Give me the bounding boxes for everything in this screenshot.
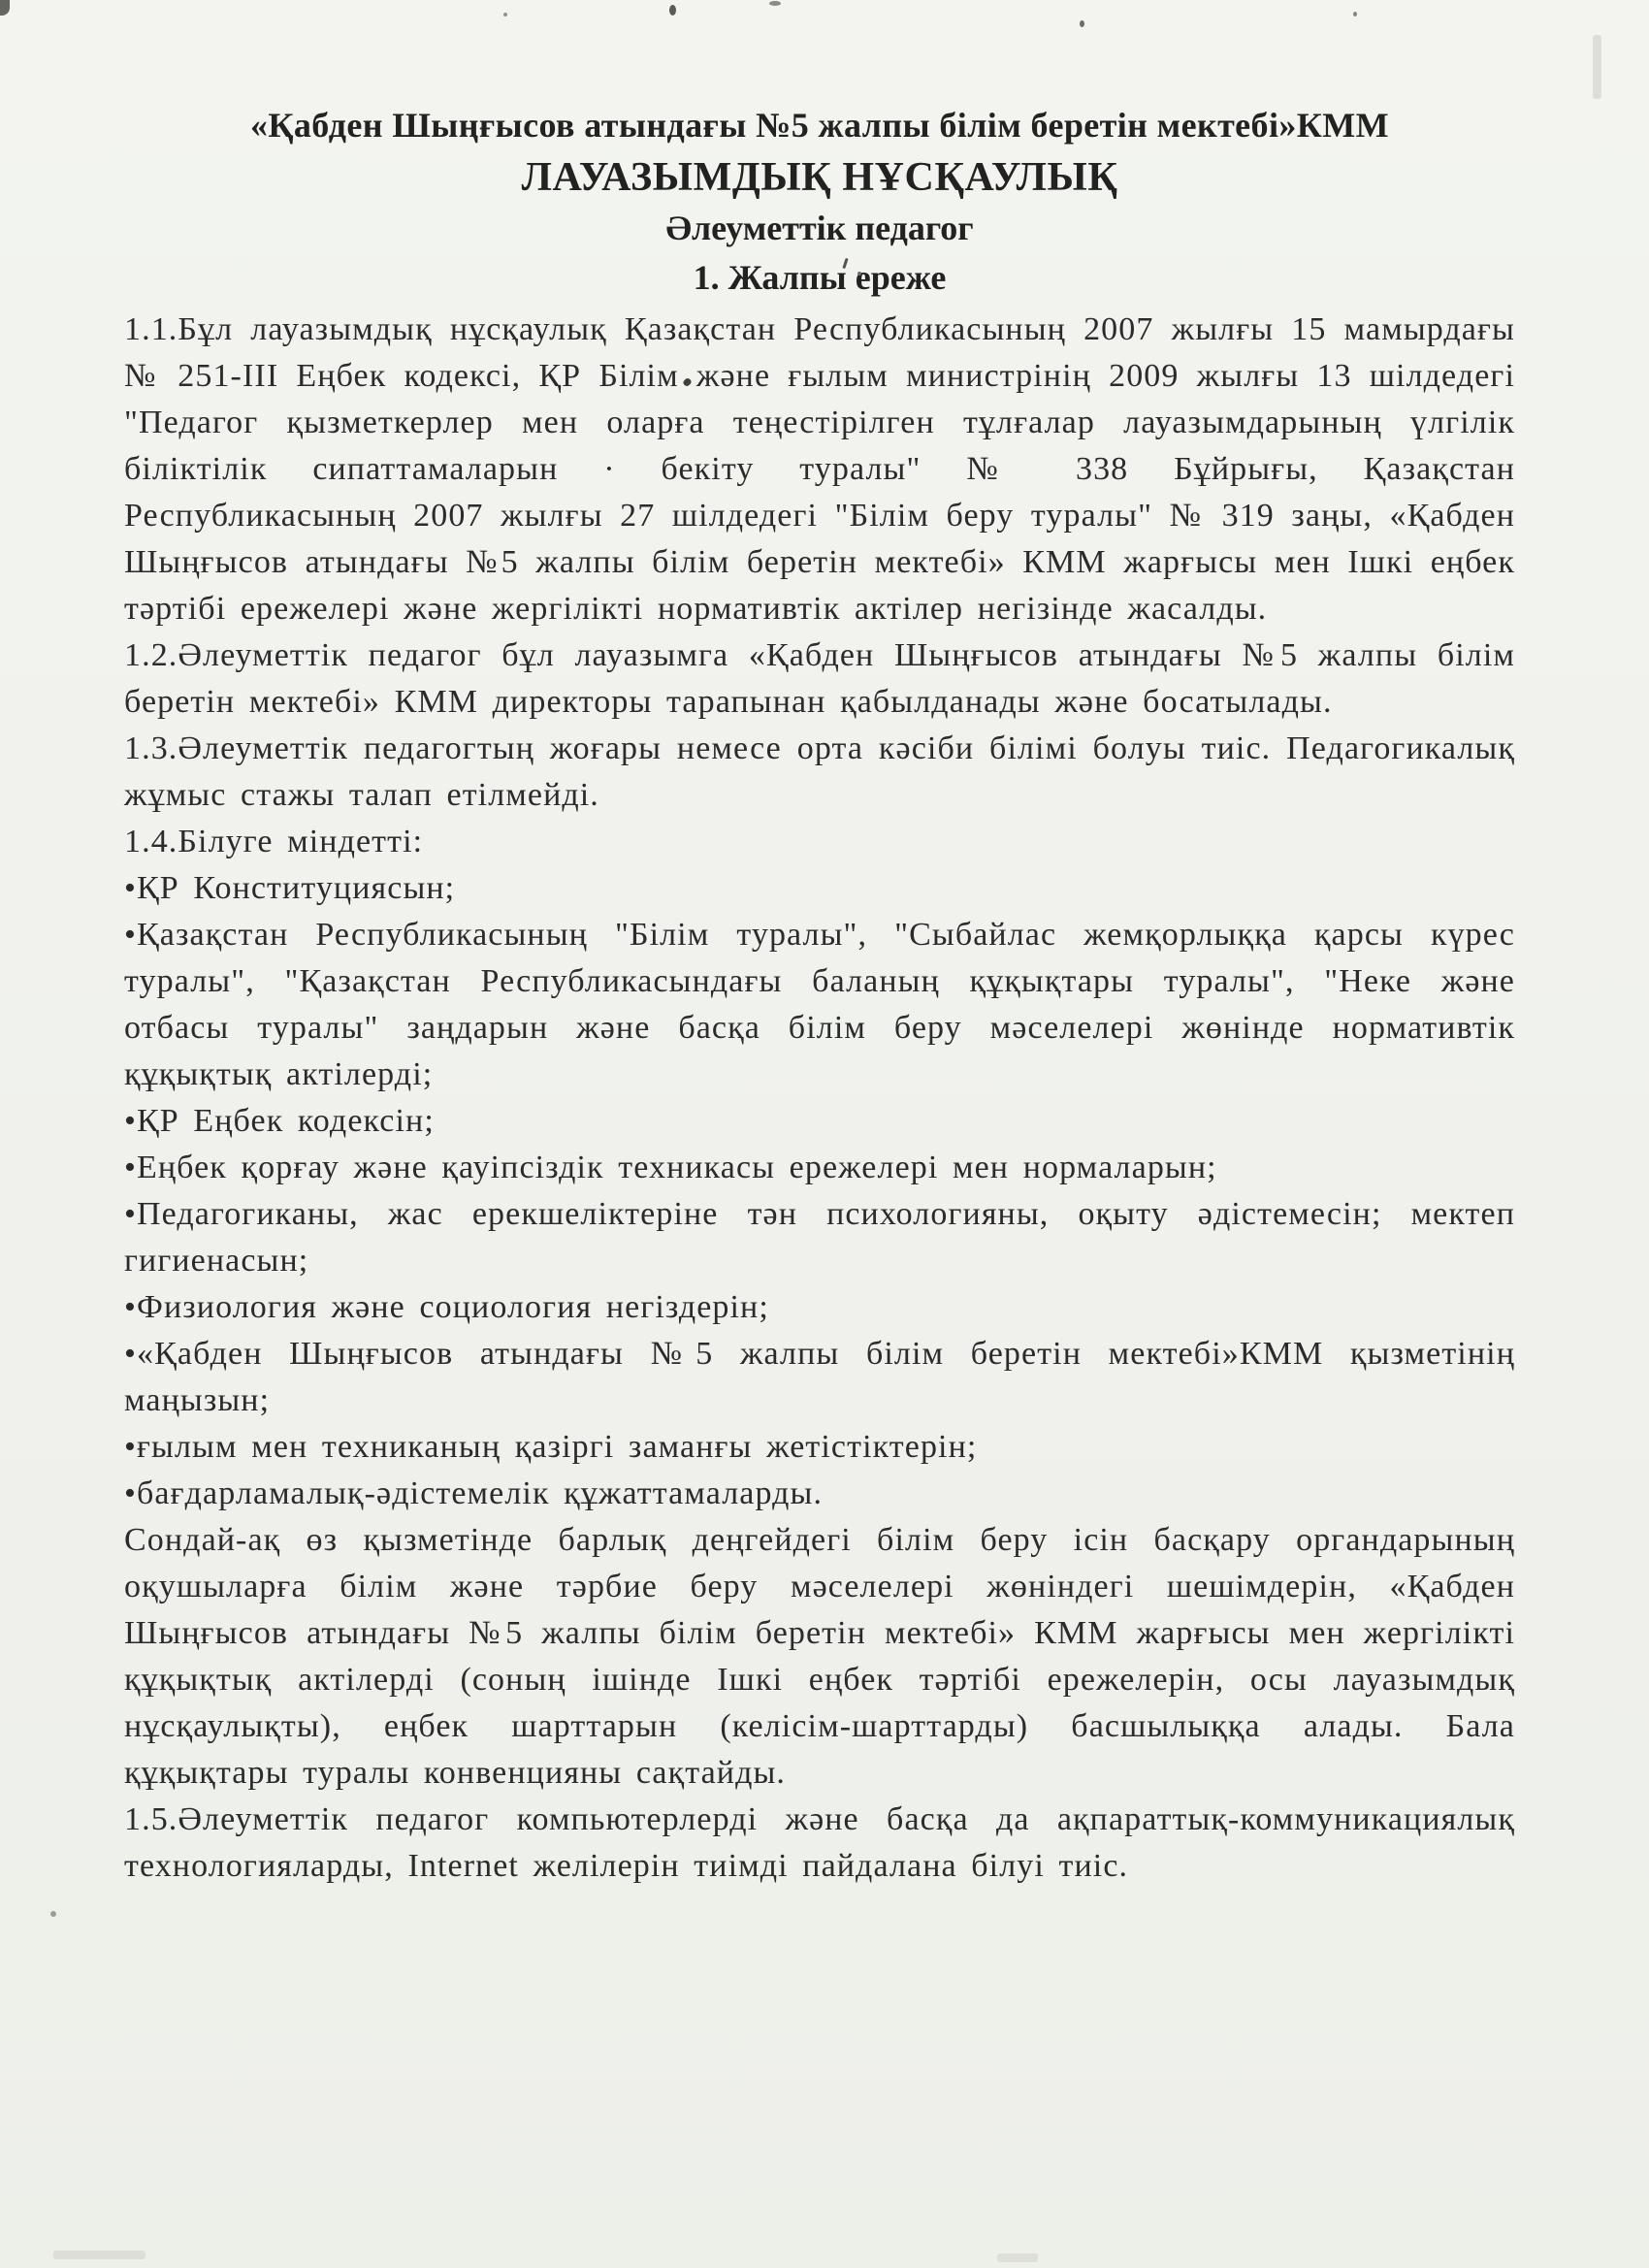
document-content: «Қабден Шыңғысов атындағы №5 жалпы білім… [124,99,1515,1890]
document-type-heading: ЛАУАЗЫМДЫҚ НҰСҚАУЛЫҚ [124,151,1515,204]
scan-artifact [1353,12,1357,16]
bullet-item: •Қазақстан Республикасының "Білім туралы… [124,912,1515,1098]
bullet-item: •Физиология және социология негіздерін; [124,1284,1515,1331]
document-page: «Қабден Шыңғысов атындағы №5 жалпы білім… [0,0,1649,2268]
scan-artifact [50,1911,56,1917]
position-heading: Әлеуметтік педагог [124,204,1515,252]
scan-artifact [997,2253,1038,2262]
paragraph: 1.2.Әлеуметтік педагог бұл лауазымга «Қа… [124,632,1515,726]
bullet-item: •ҚР Конституциясын; [124,865,1515,912]
section-heading: 1. Жалпы ереже [124,252,1515,303]
paragraph: 1.4.Білуге міндетті: [124,819,1515,865]
document-title: «Қабден Шыңғысов атындағы №5 жалпы білім… [124,99,1515,151]
bullet-item: •ҚР Еңбек кодексін; [124,1098,1515,1145]
scan-artifact [503,13,507,16]
paragraph-list: 1.1.Бұл лауазымдық нұсқаулық Қазақстан Р… [124,307,1515,1890]
bullet-item: •ғылым мен техниканың қазіргі заманғы же… [124,1424,1515,1471]
scan-artifact [769,1,781,6]
scan-artifact [0,0,10,16]
scan-artifact [1593,35,1601,99]
bullet-item: •Педагогиканы, жас ерекшеліктеріне тән п… [124,1191,1515,1284]
scan-artifact [1080,20,1084,27]
bullet-item: •бағдарламалық-әдістемелік құжаттамалард… [124,1471,1515,1517]
scan-artifact [53,2251,145,2259]
bullet-item: •«Қабден Шыңғысов атындағы №5 жалпы білі… [124,1331,1515,1424]
paragraph: 1.1.Бұл лауазымдық нұсқаулық Қазақстан Р… [124,307,1515,632]
scan-artifact [857,272,861,275]
scan-artifact [669,5,676,16]
paragraph: 1.5.Әлеуметтік педагог компьютерлерді жә… [124,1797,1515,1890]
paragraph: 1.3.Әлеуметтік педагогтың жоғары немесе … [124,726,1515,819]
bullet-item: •Еңбек қорғау және қауіпсіздік техникасы… [124,1145,1515,1191]
paragraph: Сондай-ақ өз қызметінде барлық деңгейдег… [124,1517,1515,1797]
